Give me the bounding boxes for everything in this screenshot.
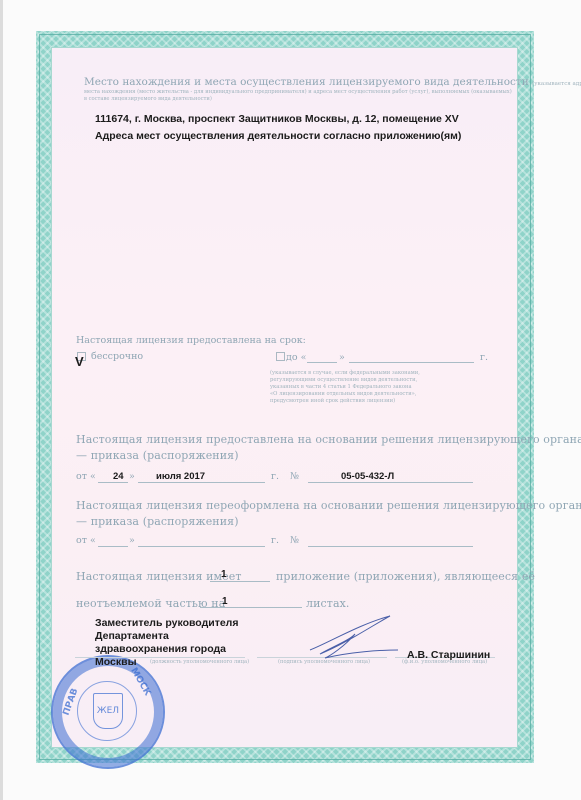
appendix-sheets-value: 1: [222, 596, 228, 607]
signature-scribble-icon: [300, 612, 400, 662]
indefinite-label: бессрочно: [91, 351, 143, 362]
signatory-position-2: Департамента: [95, 630, 169, 642]
granted-line-2: — приказа (распоряжения): [76, 449, 239, 462]
until-label: до «: [286, 352, 306, 363]
reissued-month-year-field[interactable]: [138, 546, 265, 547]
until-month-year-field[interactable]: [349, 362, 474, 363]
signatory-position-1: Заместитель руководителя: [95, 617, 238, 629]
until-note-5: предусмотрен иной срок действия лицензии…: [270, 398, 395, 405]
appendix-count-value: 1: [221, 569, 227, 580]
granted-month-year-value: июля 2017: [156, 471, 205, 482]
reissued-line-1: Настоящая лицензия переоформлена на осно…: [76, 499, 581, 512]
location-heading-text: Место нахождения и места осуществления л…: [84, 76, 529, 88]
official-seal: ЖЕЛ ПРАВ МОСК: [51, 655, 165, 769]
until-quote-close: »: [339, 352, 345, 363]
location-note-1: (указывается адрес: [532, 81, 581, 87]
check-mark-icon: V: [75, 354, 84, 369]
position-line: [75, 657, 245, 658]
location-note-3: в составе лицензируемого вида деятельнос…: [84, 96, 212, 103]
granted-number-label: №: [290, 471, 299, 482]
until-note-2: регулирующими осуществление видов деятел…: [270, 377, 417, 384]
until-note-1: (указывается в случае, если федеральными…: [270, 370, 420, 377]
until-year-suffix: г.: [480, 352, 488, 363]
reissued-number-label: №: [290, 535, 299, 546]
until-day-field[interactable]: [307, 362, 337, 363]
granted-day-value: 24: [113, 471, 124, 482]
until-checkbox[interactable]: [276, 352, 285, 361]
granted-quote-close: »: [129, 471, 135, 482]
granted-number-value: 05-05-432-Л: [341, 471, 394, 482]
granted-day-field[interactable]: [98, 482, 128, 483]
granted-from-label: от «: [76, 471, 96, 482]
until-note-4: «О лицензировании отдельных видов деятел…: [270, 391, 417, 398]
caption-position: (должность уполномоченного лица): [150, 659, 249, 666]
moscow-emblem-icon: ЖЕЛ: [93, 693, 123, 729]
granted-number-field[interactable]: [308, 482, 473, 483]
appendix-line1-suffix: приложение (приложения), являющееся её: [276, 570, 535, 583]
granted-month-year-field[interactable]: [138, 482, 265, 483]
granted-line-1: Настоящая лицензия предоставлена на осно…: [76, 433, 581, 446]
term-label: Настоящая лицензия предоставлена на срок…: [76, 335, 306, 346]
reissued-quote-close: »: [129, 535, 135, 546]
reissued-number-field[interactable]: [308, 546, 473, 547]
location-heading: Место нахождения и места осуществления л…: [84, 76, 581, 88]
reissued-day-field[interactable]: [98, 546, 128, 547]
appendix-line2-prefix: неотъемлемой частью на: [76, 597, 225, 610]
appendix-line2-suffix: листах.: [306, 597, 350, 610]
reissued-from-label: от «: [76, 535, 96, 546]
signatory-name: А.В. Старшинин: [407, 649, 490, 661]
location-note-2: места нахождения (место жительства - для…: [84, 89, 512, 96]
reissued-line-2: — приказа (распоряжения): [76, 515, 239, 528]
reissued-year-suffix: г.: [271, 535, 279, 546]
until-note-3: указанных в части 4 статьи 1 Федеральног…: [270, 384, 412, 391]
address-value: 111674, г. Москва, проспект Защитников М…: [95, 113, 459, 125]
scan-edge: [0, 0, 3, 800]
emblem-text: ЖЕЛ: [97, 706, 119, 716]
signatory-position-3: здравоохранения города: [95, 643, 226, 655]
appendix-sheets-field[interactable]: [200, 607, 302, 608]
granted-year-suffix: г.: [271, 471, 279, 482]
appendix-count-field[interactable]: [210, 581, 270, 582]
addresses-note: Адреса мест осуществления деятельности с…: [95, 130, 461, 142]
